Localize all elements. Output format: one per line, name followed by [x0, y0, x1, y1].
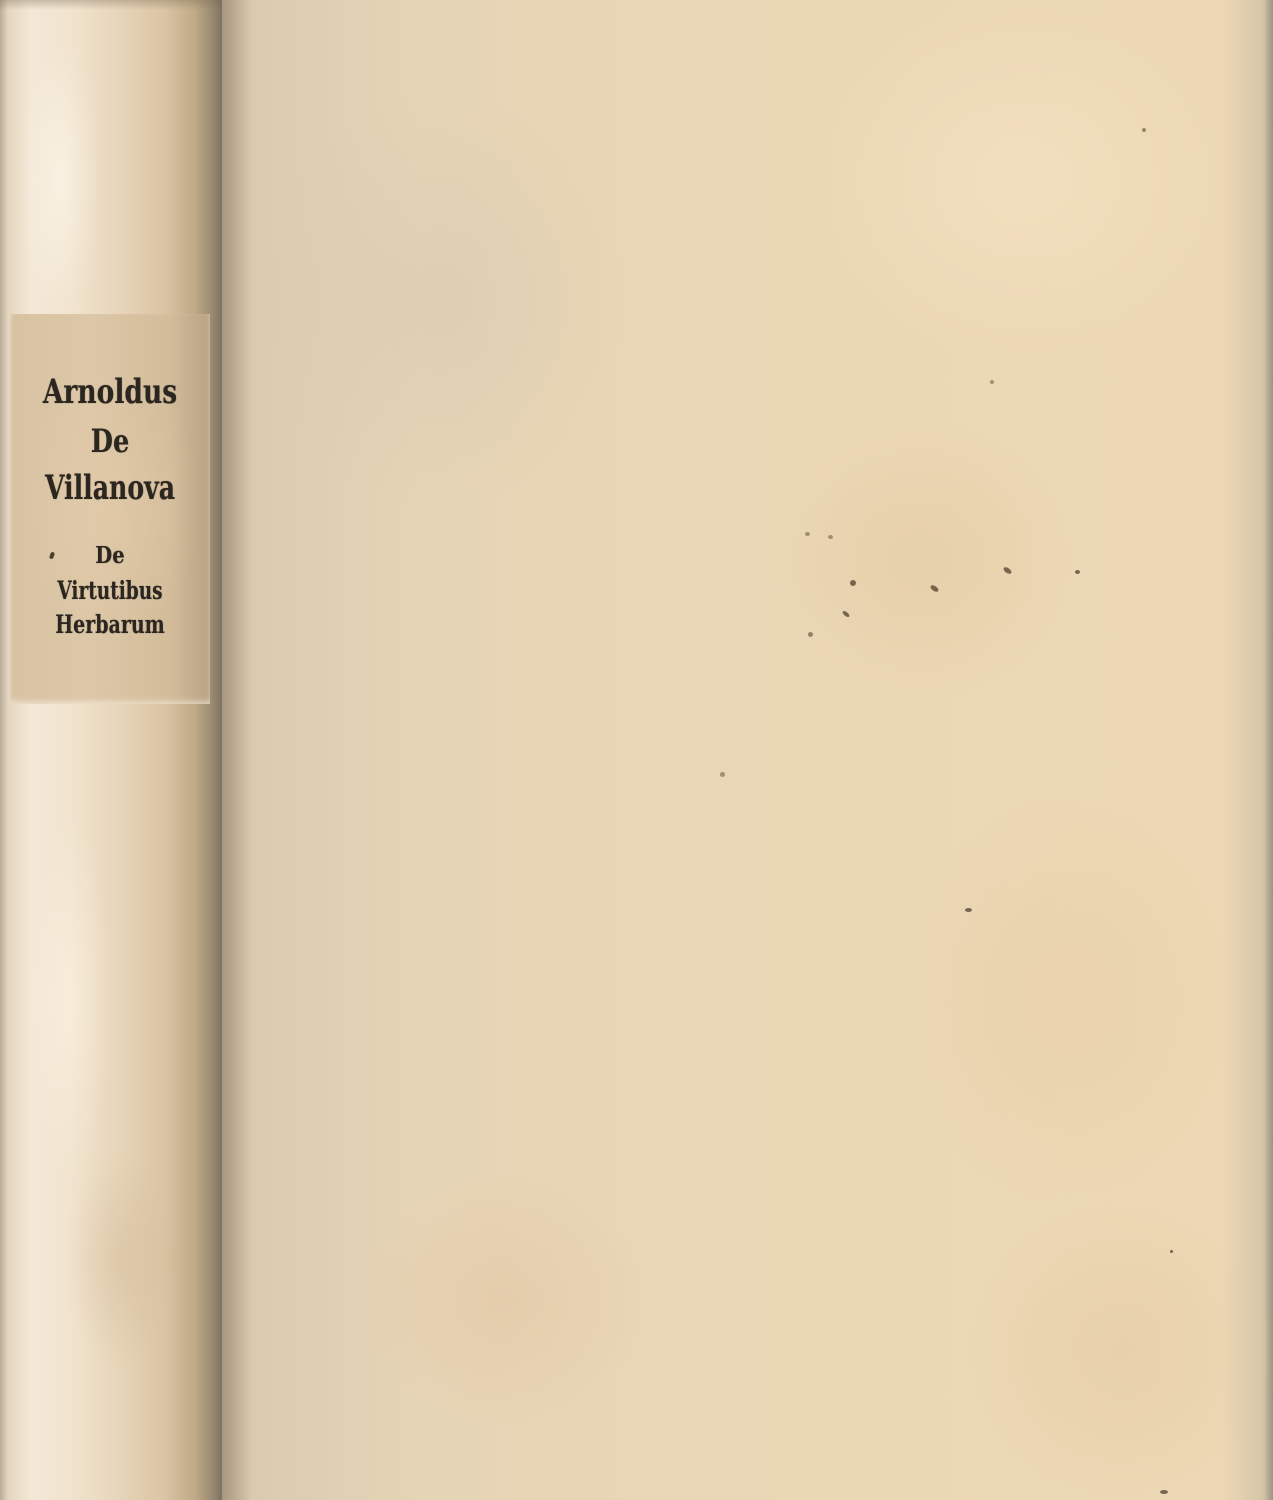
- foxing-spot: [828, 535, 833, 539]
- foxing-spot: [965, 908, 972, 912]
- spine-title-line-1: De: [25, 542, 195, 569]
- foxing-spot: [1142, 128, 1146, 132]
- foxing-spot: [990, 380, 994, 384]
- spine-title-line-3: Herbarum: [34, 610, 186, 639]
- foxing-spot: [1160, 1490, 1168, 1494]
- book-spine: Arnoldus De Villanova De Virtutibus Herb…: [0, 0, 222, 1500]
- foxing-spot: [808, 632, 813, 637]
- cover-right-edge: [1265, 0, 1273, 1500]
- front-cover: [222, 0, 1273, 1500]
- foxing-spot: [1170, 1250, 1173, 1253]
- foxing-spot: [805, 532, 810, 536]
- cover-hinge-shadow: [222, 0, 252, 1500]
- foxing-spot: [850, 580, 856, 586]
- spine-author-line-3: Villanova: [36, 468, 184, 508]
- spine-top-edge: [0, 0, 222, 10]
- spine-title-line-2: Virtutibus: [36, 576, 184, 605]
- spine-author-line-2: De: [30, 422, 190, 460]
- spine-title-label: Arnoldus De Villanova De Virtutibus Herb…: [10, 314, 210, 704]
- foxing-spot: [1075, 570, 1080, 574]
- spine-author-line-1: Arnoldus: [32, 372, 188, 412]
- book-photo: Arnoldus De Villanova De Virtutibus Herb…: [0, 0, 1273, 1500]
- foxing-spot: [720, 772, 725, 777]
